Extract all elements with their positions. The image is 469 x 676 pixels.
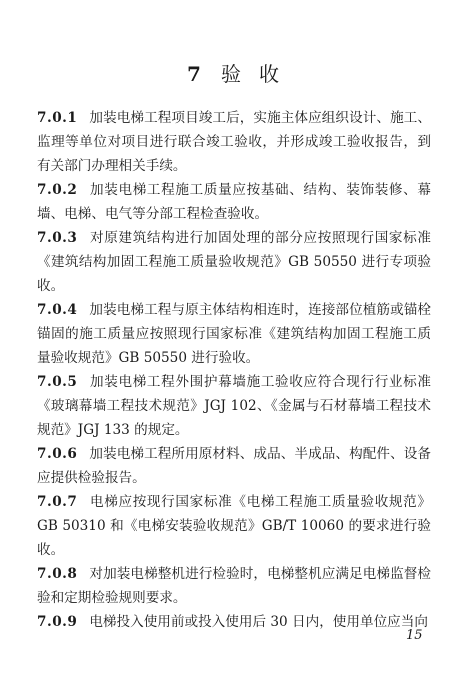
clause-number: 7.0.7 [37, 494, 77, 510]
clause-7-0-8: 7.0.8对加装电梯整机进行检验时，电梯整机应满足电梯监督检验和定期检验规则要求… [37, 562, 431, 610]
clause-text: 加装电梯工程外围护幕墙施工验收应符合现行行业标准《玻璃幕墙工程技术规范》JGJ … [37, 374, 431, 438]
clause-text: 加装电梯工程项目竣工后，实施主体应组织设计、施工、监理等单位对项目进行联合竣工验… [37, 110, 431, 174]
clause-number: 7.0.6 [37, 446, 77, 462]
clause-number: 7.0.9 [37, 614, 77, 630]
chapter-number: 7 [187, 62, 203, 86]
clause-7-0-3: 7.0.3对原建筑结构进行加固处理的部分应按照现行国家标准《建筑结构加固工程施工… [37, 226, 431, 298]
clause-text: 加装电梯工程施工质量应按基础、结构、装饰装修、幕墙、电梯、电气等分部工程检查验收… [37, 182, 431, 222]
clause-number: 7.0.4 [37, 302, 77, 318]
clause-number: 7.0.5 [37, 374, 77, 390]
clause-7-0-1: 7.0.1加装电梯工程项目竣工后，实施主体应组织设计、施工、监理等单位对项目进行… [37, 106, 431, 178]
chapter-title-char-2: 收 [259, 62, 281, 86]
clause-text: 加装电梯工程与原主体结构相连时，连接部位植筋或锚栓锚固的施工质量应按照现行国家标… [37, 302, 431, 366]
clause-text: 电梯投入使用前或投入使用后 30 日内，使用单位应当向 [89, 614, 428, 630]
clause-number: 7.0.1 [37, 110, 77, 126]
clause-number: 7.0.2 [37, 182, 77, 198]
clause-text: 对加装电梯整机进行检验时，电梯整机应满足电梯监督检验和定期检验规则要求。 [37, 566, 431, 606]
clause-text: 加装电梯工程所用原材料、成品、半成品、构配件、设备应提供检验报告。 [37, 446, 431, 486]
clause-7-0-6: 7.0.6加装电梯工程所用原材料、成品、半成品、构配件、设备应提供检验报告。 [37, 442, 431, 490]
clause-7-0-4: 7.0.4加装电梯工程与原主体结构相连时，连接部位植筋或锚栓锚固的施工质量应按照… [37, 298, 431, 370]
clause-number: 7.0.8 [37, 566, 77, 582]
page-number: 15 [406, 628, 423, 643]
clause-7-0-9: 7.0.9电梯投入使用前或投入使用后 30 日内，使用单位应当向 [37, 610, 431, 634]
clause-text: 电梯应按现行国家标准《电梯工程施工质量验收规范》GB 50310 和《电梯安装验… [37, 494, 431, 558]
clause-7-0-7: 7.0.7电梯应按现行国家标准《电梯工程施工质量验收规范》GB 50310 和《… [37, 490, 431, 562]
clause-text: 对原建筑结构进行加固处理的部分应按照现行国家标准《建筑结构加固工程施工质量验收规… [37, 230, 431, 294]
clause-7-0-5: 7.0.5加装电梯工程外围护幕墙施工验收应符合现行行业标准《玻璃幕墙工程技术规范… [37, 370, 431, 442]
chapter-body: 7.0.1加装电梯工程项目竣工后，实施主体应组织设计、施工、监理等单位对项目进行… [37, 106, 431, 634]
chapter-title: 7验收 [37, 58, 431, 87]
chapter-title-char-1: 验 [221, 62, 243, 86]
clause-7-0-2: 7.0.2加装电梯工程施工质量应按基础、结构、装饰装修、幕墙、电梯、电气等分部工… [37, 178, 431, 226]
clause-number: 7.0.3 [37, 230, 77, 246]
